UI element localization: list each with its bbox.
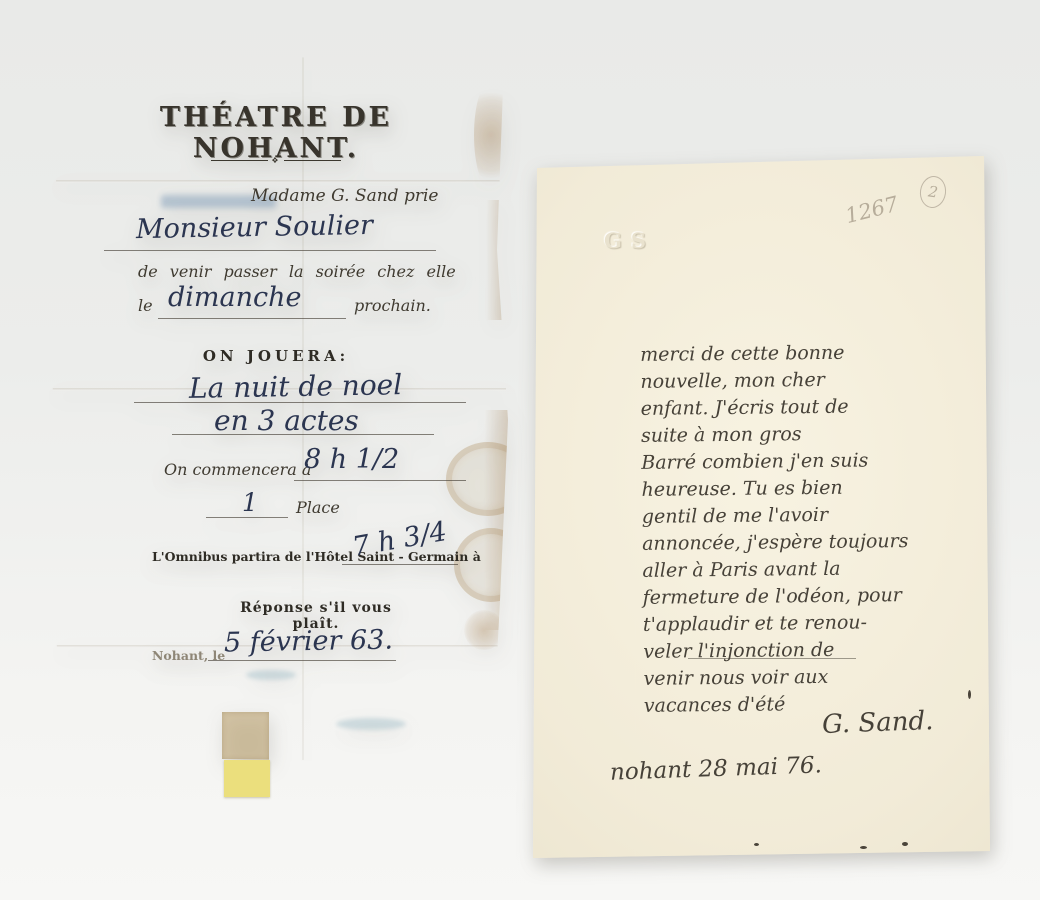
le-label: le (138, 296, 153, 315)
day-handwritten: dimanche (168, 282, 302, 313)
letter-document: 1267 2 GS merci de cette bonne nouvelle,… (530, 150, 992, 862)
place-label: Place (296, 498, 340, 517)
intro-line: Madame G. Sand prie (251, 186, 438, 206)
play-acts-handwritten: en 3 actes (214, 404, 359, 437)
pencil-inventory-number: 1267 (843, 192, 901, 228)
tape-fragment (224, 760, 270, 797)
letter-line: nouvelle, mon cher (640, 365, 992, 396)
letter-dateline: nohant 28 mai 76. (610, 752, 823, 785)
letter-paper: 1267 2 GS merci de cette bonne nouvelle,… (530, 150, 992, 862)
start-time-handwritten: 8 h 1/2 (304, 444, 399, 475)
blank-line (104, 250, 436, 251)
letter-line: heureuse. Tu es bien (641, 473, 993, 504)
ink-speck (860, 846, 867, 849)
ink-showthrough (336, 718, 406, 730)
stain (474, 80, 508, 190)
prochain-label: prochain. (354, 296, 431, 315)
letter-line: suite à mon gros (641, 419, 993, 450)
letter-line: vacances d'été (644, 689, 996, 720)
ink-speck (754, 843, 759, 846)
blank-line (294, 480, 466, 481)
fold-crease (46, 180, 511, 183)
letter-line: Barré combien j'en suis (641, 446, 993, 477)
embossed-monogram: GS (604, 228, 655, 253)
blank-line (206, 517, 288, 518)
divider-ornament-icon: ❖ (211, 156, 341, 164)
letter-text: merci de cette bonne nouvelle, mon cher … (640, 338, 996, 720)
handwritten-underline (688, 658, 856, 659)
invitation-document: THÉATRE DE NOHANT. ❖ Madame G. Sand prie… (46, 50, 511, 764)
letter-line: merci de cette bonne (640, 338, 992, 369)
signature: G. Sand. (822, 706, 934, 740)
letter-line: fermeture de l'odéon, pour (643, 581, 995, 612)
invite-line: de venir passer la soirée chez elle (138, 262, 456, 281)
blank-line (158, 318, 346, 319)
omnibus-line: L'Omnibus partira de l'Hôtel Saint - Ger… (152, 549, 481, 564)
photo-background: THÉATRE DE NOHANT. ❖ Madame G. Sand prie… (0, 0, 1040, 900)
blank-line (342, 564, 458, 565)
date-handwritten: 5 février 63. (224, 625, 393, 659)
commencera-label: On commencera à (164, 460, 311, 479)
letter-line: enfant. J'écris tout de (641, 392, 993, 423)
play-title-handwritten: La nuit de noel (189, 368, 403, 405)
torn-edge (486, 200, 506, 320)
ink-speck (902, 842, 908, 846)
letter-line: gentil de me l'avoir (642, 500, 994, 531)
letter-line: veler l'injonction de (643, 635, 995, 666)
blank-line (208, 660, 396, 661)
blank-line (172, 434, 434, 435)
letter-line: venir nous voir aux (643, 662, 995, 693)
blank-line (134, 402, 466, 403)
pencil-circled-number-text: 2 (927, 182, 939, 201)
letter-line: t'applaudir et te renou- (643, 608, 995, 639)
tape-fragment (222, 712, 269, 760)
guest-name-handwritten: Monsieur Soulier (136, 210, 373, 245)
torn-edge (484, 410, 510, 630)
letter-line: annoncée, j'espère toujours (642, 527, 994, 558)
invitation-paper: THÉATRE DE NOHANT. ❖ Madame G. Sand prie… (46, 50, 511, 764)
ink-showthrough (246, 670, 296, 680)
on-jouera-heading: ON JOUERA: (166, 347, 386, 365)
places-count-handwritten: 1 (242, 488, 258, 517)
letter-line: aller à Paris avant la (642, 554, 994, 585)
pencil-circled-number: 2 (918, 174, 948, 209)
ink-speck (968, 690, 971, 699)
